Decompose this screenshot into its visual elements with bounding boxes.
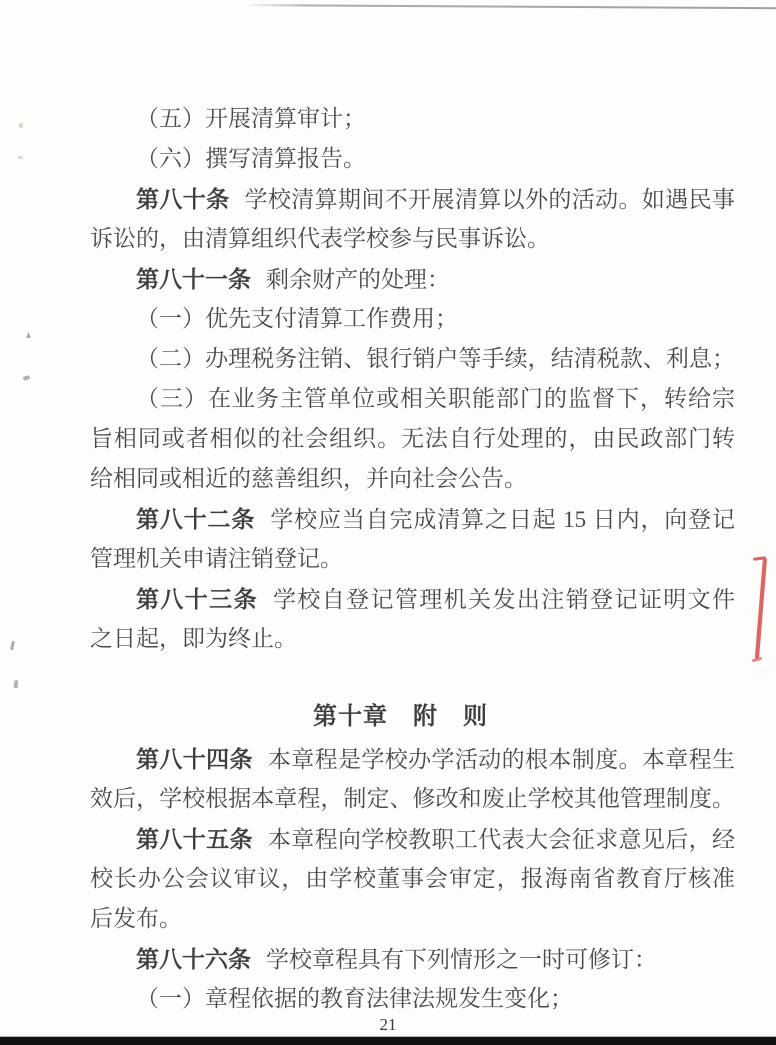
article-clause-line: 第八十三条学校自登记管理机关发出注销登记证明文件 <box>90 579 735 619</box>
article-number: 第八十二条 <box>136 506 255 532</box>
clause-text: 学校清算期间不开展清算以外的活动。如遇民事 <box>245 187 736 212</box>
body-line: 管理机关申请注销登记。 <box>90 539 735 579</box>
scan-speck <box>26 332 31 338</box>
scanned-document-page: （五）开展清算审计； （六）撰写清算报告。 第八十条学校清算期间不开展清算以外的… <box>0 0 776 1045</box>
scan-speck <box>13 680 18 688</box>
scan-hairline-artifact <box>243 4 776 9</box>
scan-edge-bar <box>0 1037 776 1045</box>
numbered-item-line: （一）优先支付清算工作费用； <box>90 299 735 339</box>
chapter-heading: 第十章 附 则 <box>78 697 723 737</box>
numbered-item-line: （二）办理税务注销、银行销户等手续，结清税款、利息； <box>90 339 735 379</box>
scan-speck <box>10 641 15 650</box>
scan-speck <box>23 375 31 381</box>
article-number: 第八十四条 <box>136 746 253 772</box>
article-number: 第八十五条 <box>136 826 253 852</box>
article-number: 第八十一条 <box>136 266 251 292</box>
article-clause-line: 第八十二条学校应当自完成清算之日起 15 日内，向登记 <box>90 499 735 539</box>
body-line: 后发布。 <box>90 899 735 939</box>
body-line: 诉讼的，由清算组织代表学校参与民事诉讼。 <box>90 219 735 259</box>
red-pen-mark <box>746 555 776 670</box>
clause-text: 学校章程具有下列情形之一时可修订： <box>266 947 657 972</box>
numbered-item-line: （三）在业务主管单位或相关职能部门的监督下，转给宗 <box>90 379 735 419</box>
article-clause-line: 第八十四条本章程是学校办学活动的根本制度。本章程生 <box>90 739 735 779</box>
clause-text: 剩余财产的处理： <box>266 267 450 292</box>
clause-text: 本章程是学校办学活动的根本制度。本章程生 <box>268 747 735 772</box>
article-clause-line: 第八十五条本章程向学校教职工代表大会征求意见后，经 <box>90 819 735 859</box>
article-clause-line: 第八十一条剩余财产的处理： <box>90 259 735 299</box>
clause-text: 学校应当自完成清算之日起 15 日内，向登记 <box>270 507 735 532</box>
article-number: 第八十六条 <box>136 946 251 972</box>
article-number: 第八十条 <box>136 186 230 212</box>
article-clause-line: 第八十条学校清算期间不开展清算以外的活动。如遇民事 <box>90 179 735 219</box>
scan-speck <box>19 123 23 128</box>
article-number: 第八十三条 <box>136 586 258 612</box>
body-line: 校长办公会议审议，由学校董事会审定，报海南省教育厅核准 <box>90 859 735 899</box>
numbered-item-line: （五）开展清算审计； <box>90 99 735 139</box>
red-mark-foot <box>752 657 762 663</box>
numbered-item-line: （六）撰写清算报告。 <box>90 139 735 179</box>
clause-text: 本章程向学校教职工代表大会征求意见后，经 <box>268 827 735 852</box>
numbered-item-line: （一）章程依据的教育法律法规发生变化； <box>90 979 735 1019</box>
article-clause-line: 第八十六条学校章程具有下列情形之一时可修订： <box>90 939 735 979</box>
body-line: 给相同或相近的慈善组织，并向社会公告。 <box>90 459 735 499</box>
clause-text: 学校自登记管理机关发出注销登记证明文件 <box>273 587 735 612</box>
scan-speck <box>18 156 23 159</box>
page-number: 21 <box>0 1015 776 1035</box>
red-mark-stem <box>755 558 767 659</box>
body-line: 效后，学校根据本章程，制定、修改和废止学校其他管理制度。 <box>90 779 735 819</box>
body-line: 之日起，即为终止。 <box>90 619 735 659</box>
document-body: （五）开展清算审计； （六）撰写清算报告。 第八十条学校清算期间不开展清算以外的… <box>90 99 735 1019</box>
body-line: 旨相同或者相似的社会组织。无法自行处理的，由民政部门转 <box>90 419 735 459</box>
